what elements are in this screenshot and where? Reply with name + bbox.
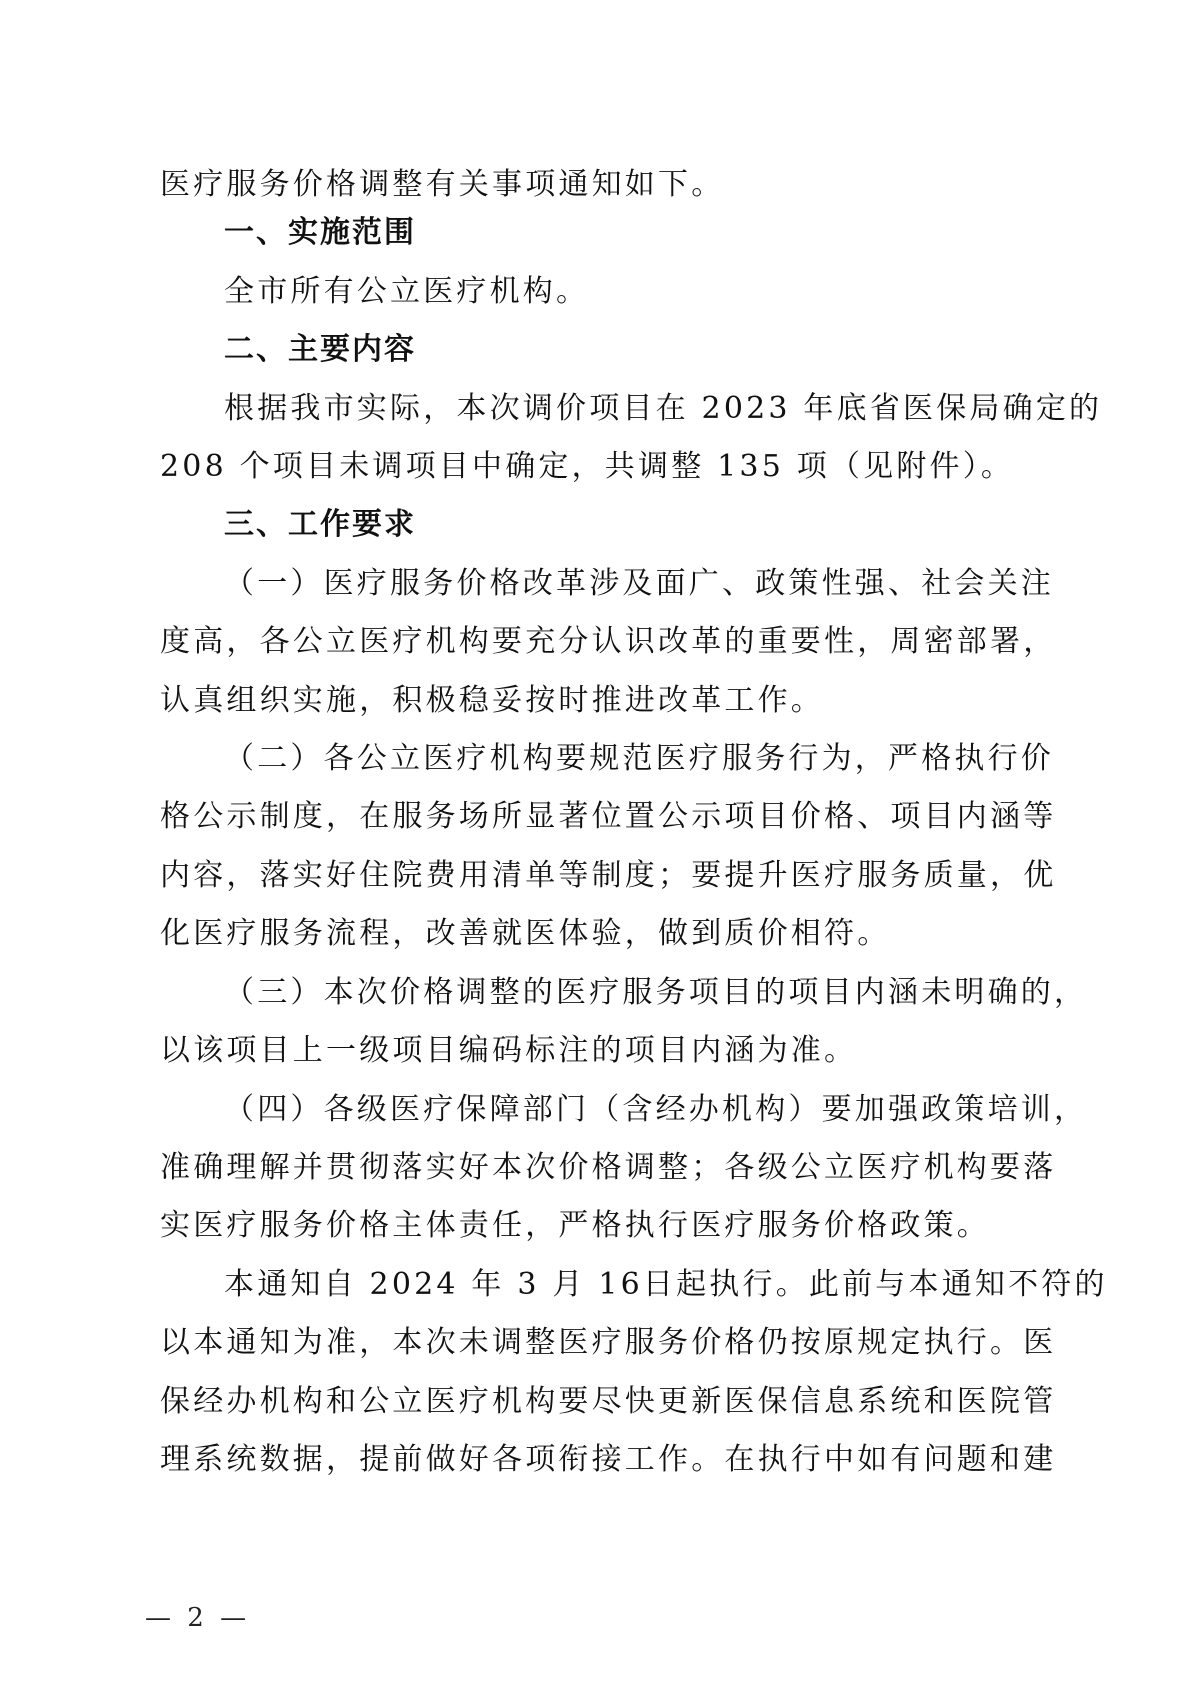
body-text-line: 格公示制度，在服务场所显著位置公示项目价格、项目内涵等 <box>160 797 1040 837</box>
body-text-line: （二）各公立医疗机构要规范医疗服务行为，严格执行价 <box>224 739 1040 779</box>
page-number: — 2 — <box>145 1600 250 1636</box>
body-text-line: 度高，各公立医疗机构要充分认识改革的重要性，周密部署， <box>160 622 1040 662</box>
body-text-line: 以该项目上一级项目编码标注的项目内涵为准。 <box>160 1031 1040 1071</box>
body-text-line: 认真组织实施，积极稳妥按时推进改革工作。 <box>160 681 1040 721</box>
body-text-line: （三）本次价格调整的医疗服务项目的项目内涵未明确的， <box>224 973 1040 1013</box>
body-text-line: 准确理解并贯彻落实好本次价格调整；各级公立医疗机构要落 <box>160 1148 1040 1188</box>
body-text-line: 理系统数据，提前做好各项衔接工作。在执行中如有问题和建 <box>160 1440 1040 1480</box>
body-text-line: 实医疗服务价格主体责任，严格执行医疗服务价格政策。 <box>160 1206 1040 1246</box>
body-text-line: 保经办机构和公立医疗机构要尽快更新医保信息系统和医院管 <box>160 1382 1040 1422</box>
body-text-line: 本通知自 2024 年 3 月 16日起执行。此前与本通知不符的 <box>224 1265 1040 1305</box>
section-heading-requirements: 三、工作要求 <box>224 505 1040 545</box>
body-text-line: 208 个项目未调项目中确定，共调整 135 项（见附件）。 <box>160 447 1040 487</box>
body-text-line: 医疗服务价格调整有关事项通知如下。 <box>160 165 1040 205</box>
document-page: 医疗服务价格调整有关事项通知如下。 一、实施范围 全市所有公立医疗机构。 二、主… <box>0 0 1190 1683</box>
body-text-line: 根据我市实际，本次调价项目在 2023 年底省医保局确定的 <box>224 389 1040 429</box>
body-text-line: 内容，落实好住院费用清单等制度；要提升医疗服务质量，优 <box>160 856 1040 896</box>
body-text-line: 全市所有公立医疗机构。 <box>224 272 1040 312</box>
section-heading-content: 二、主要内容 <box>224 330 1040 370</box>
body-text-line: （一）医疗服务价格改革涉及面广、政策性强、社会关注 <box>224 564 1040 604</box>
body-text-line: 以本通知为准，本次未调整医疗服务价格仍按原规定执行。医 <box>160 1323 1040 1363</box>
body-text-line: 化医疗服务流程，改善就医体验，做到质价相符。 <box>160 914 1040 954</box>
body-text-line: （四）各级医疗保障部门（含经办机构）要加强政策培训， <box>224 1090 1040 1130</box>
section-heading-scope: 一、实施范围 <box>224 213 1040 253</box>
